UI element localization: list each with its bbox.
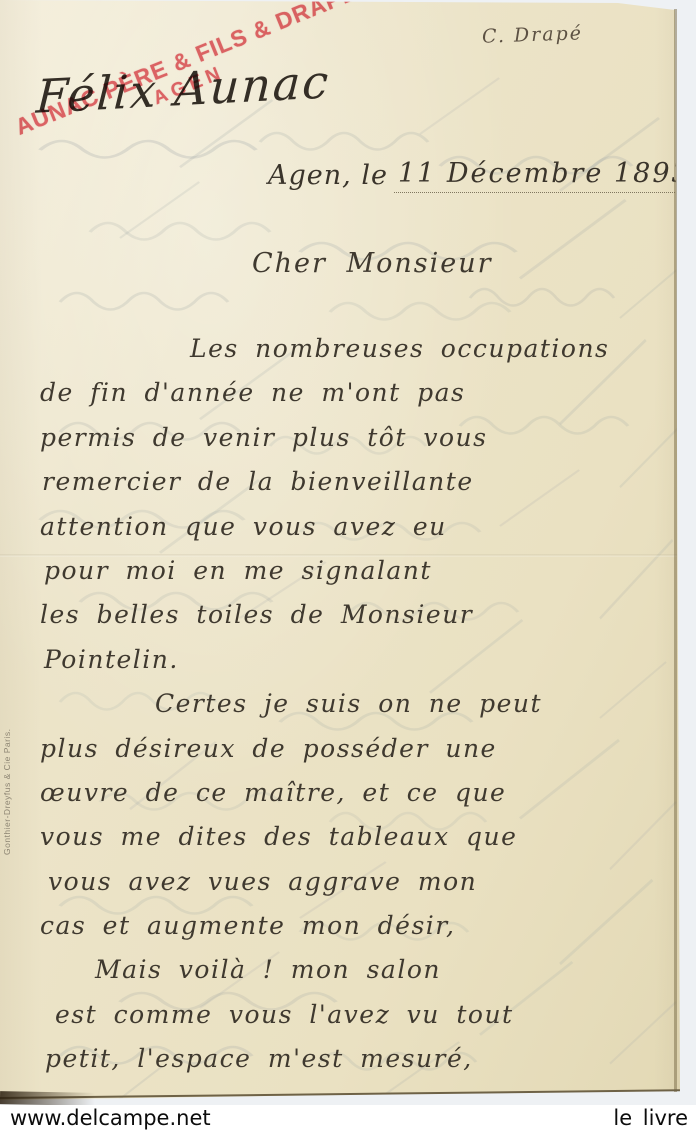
letter-line: permis de venir plus tôt vous (40, 423, 655, 467)
watermark-bar: www.delcampe.net le livre (0, 1105, 696, 1132)
letter-line: remercier de la bienveillante (40, 467, 655, 511)
letter-line: attention que vous avez eu (40, 512, 655, 556)
letter-line: Mais voilà ! mon salon (40, 955, 655, 999)
handwritten-date: 11 Décembre 1893 (394, 158, 696, 193)
letter-line: cas et augmente mon désir, (40, 911, 655, 955)
letter-line: Les nombreuses occupations (40, 334, 655, 378)
watermark-category-label: le livre (613, 1106, 688, 1130)
letter-line: Certes je suis on ne peut (40, 689, 655, 733)
printed-place-label: Agen, le (268, 160, 388, 191)
salutation: Cher Monsieur (252, 248, 493, 279)
letter-line: pour moi en me signalant (40, 556, 655, 600)
watermark-site-url: www.delcampe.net (10, 1106, 211, 1130)
paper-right-edge (674, 9, 677, 1092)
letter-line: vous me dites des tableaux que (40, 822, 655, 866)
bottom-left-shadow (0, 1091, 95, 1106)
pencil-annotation: C. Drapé (482, 22, 584, 48)
letter-line: les belles toiles de Monsieur (40, 600, 655, 644)
letter-line: vous avez vues aggrave mon (40, 867, 655, 911)
letter-line: est comme vous l'avez vu tout (40, 1000, 655, 1044)
letter-line: petit, l'espace m'est mesuré, (40, 1044, 655, 1088)
letter-line: œuvre de ce maître, et ce que (40, 778, 655, 822)
letter-line: Pointelin. (40, 645, 655, 689)
letter-paper: Félix Aunac AUNAC PÈRE & FILS & DRAPÉ AG… (0, 0, 696, 1132)
printer-credit: Gonthier-Dreyfus & Cie Paris. (2, 695, 12, 855)
letter-body: Les nombreuses occupationsde fin d'année… (40, 334, 655, 1089)
letter-line: plus désireux de posséder une (40, 734, 655, 778)
date-line: Agen, le 11 Décembre 1893 (268, 160, 696, 195)
letter-line: de fin d'année ne m'ont pas (40, 378, 655, 422)
scanned-letter: Félix Aunac AUNAC PÈRE & FILS & DRAPÉ AG… (0, 0, 696, 1132)
